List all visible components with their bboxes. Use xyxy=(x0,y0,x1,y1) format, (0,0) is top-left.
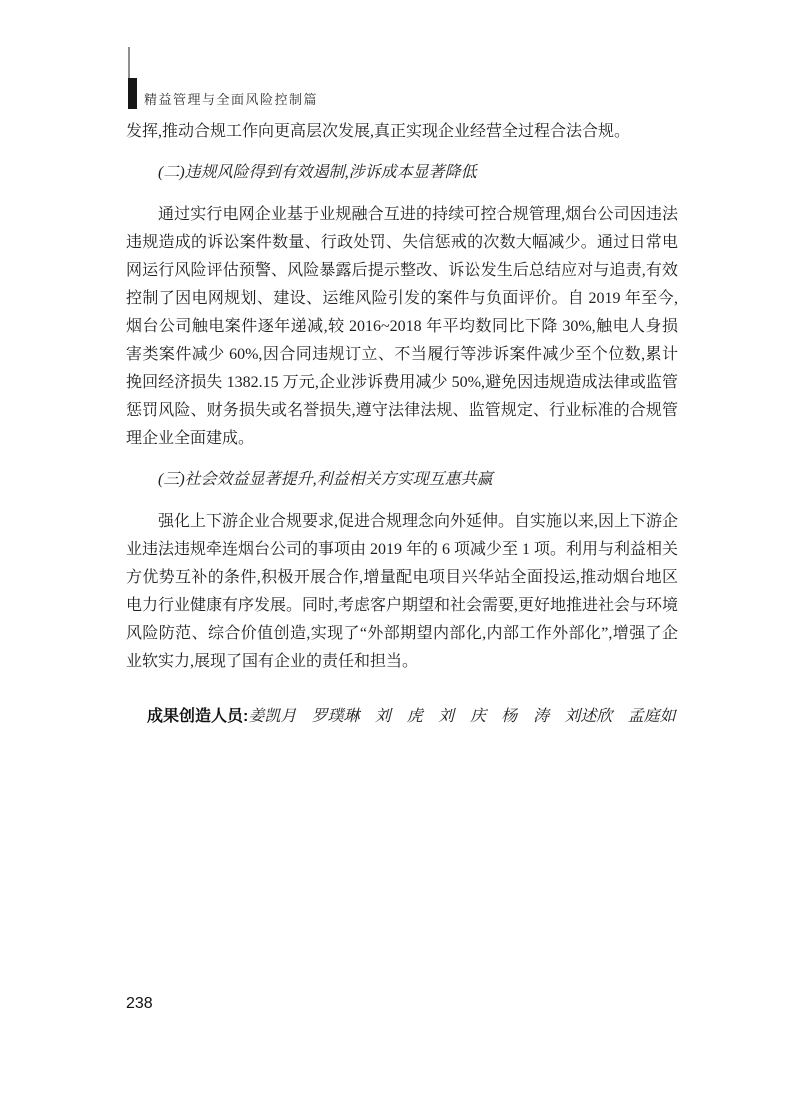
section-3-heading: (三)社会效益显著提升,利益相关方实现互惠共赢 xyxy=(126,466,678,494)
creators-label: 成果创造人员: xyxy=(147,708,248,725)
paragraph-continuation: 发挥,推动合规工作向更高层次发展,真正实现企业经营全过程合法合规。 xyxy=(126,118,678,146)
creator-name: 杨 涛 xyxy=(501,708,549,725)
creator-name: 孟庭如 xyxy=(628,708,676,725)
section-marker-bar xyxy=(128,78,137,109)
header-rule xyxy=(128,47,130,78)
page-number: 238 xyxy=(126,995,153,1013)
section-3-paragraph: 强化上下游企业合规要求,促进合规理念向外延伸。自实施以来,因上下游企业违法违规牵… xyxy=(126,508,678,676)
text-column: 发挥,推动合规工作向更高层次发展,真正实现企业经营全过程合法合规。 (二)违规风… xyxy=(126,118,678,731)
creator-name: 姜凯月 xyxy=(248,708,296,725)
creator-name: 刘述欣 xyxy=(564,708,612,725)
section-2-paragraph: 通过实行电网企业基于业规融合互进的持续可控合规管理,烟台公司因违法违规造成的诉讼… xyxy=(126,201,678,453)
running-header-title: 精益管理与全面风险控制篇 xyxy=(144,89,318,108)
section-2-heading: (二)违规风险得到有效遏制,涉诉成本显著降低 xyxy=(126,159,678,187)
creator-name: 罗璞琳 xyxy=(312,708,360,725)
creator-name: 刘 虎 xyxy=(375,708,423,725)
creators-line: 成果创造人员:姜凯月罗璞琳刘 虎刘 庆杨 涛刘述欣孟庭如 xyxy=(126,703,678,731)
creator-name: 刘 庆 xyxy=(438,708,486,725)
